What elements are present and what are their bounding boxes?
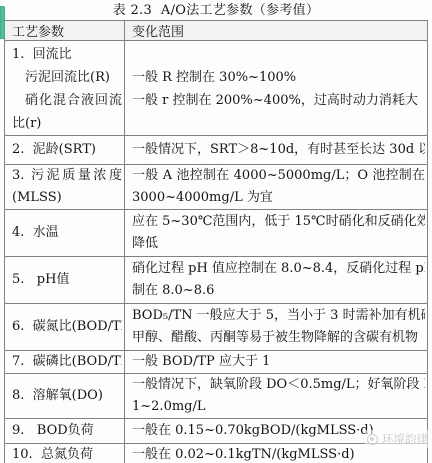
range-cell: 一般 R 控制在 30%~100% 一般 r 控制在 200%~400%，过高时… bbox=[125, 41, 428, 136]
range-line: 硝化过程 pH 值应控制在 8.0~8.4，反硝化过程 pH 值应控 bbox=[132, 258, 425, 280]
param-cell: 3. 污泥质量浓度 (MLSS) bbox=[5, 165, 125, 210]
process-parameters-table: 工艺参数 变化范围 1. 回流比 污泥回流比(R) 硝化混合液回流 比(r) 一… bbox=[4, 20, 428, 463]
watermark: 环境韵律 bbox=[365, 430, 430, 448]
range-line: 一般 A 池控制在 4000~5000mg/L；O 池控制在 bbox=[132, 165, 425, 187]
range-line: 一般情况下，缺氧阶段 DO＜0.5mg/L；好氧阶段 DO＞ bbox=[132, 374, 425, 396]
param-line: 比(r) bbox=[12, 112, 122, 135]
watermark-text: 环境韵律 bbox=[382, 431, 428, 447]
param-line: 8. 溶解氧(DO) bbox=[12, 385, 122, 407]
param-line: 硝化混合液回流 bbox=[25, 89, 122, 112]
param-line: 污泥回流比(R) bbox=[25, 66, 122, 89]
range-cell: 一般 BOD/TP 应大于 1 bbox=[125, 351, 428, 374]
param-line: 5. pH值 bbox=[12, 269, 122, 291]
table-row-water-temp: 4. 水温 应在 5~30℃范围内，低于 15℃时硝化和反硝化效果明显 降低 bbox=[5, 210, 428, 257]
table-row-mlss: 3. 污泥质量浓度 (MLSS) 一般 A 池控制在 4000~5000mg/L… bbox=[5, 165, 428, 210]
range-line: 3000~4000mg/L 为宜 bbox=[132, 187, 425, 209]
param-cell: 6. 碳氮比(BOD/TN) bbox=[5, 304, 125, 351]
table-header-row: 工艺参数 变化范围 bbox=[5, 21, 428, 41]
param-cell: 4. 水温 bbox=[5, 210, 125, 257]
range-line: 甲醇、醋酸、丙酮等易于被生物降解的含碳有机物 bbox=[132, 327, 425, 349]
range-line: 一般情况下，SRT＞8~10d，有时甚至长达 30d 以上 bbox=[132, 139, 425, 161]
param-line: 2. 泥龄(SRT) bbox=[12, 139, 122, 161]
range-cell: 一般情况下，缺氧阶段 DO＜0.5mg/L；好氧阶段 DO＞ 1~2.0mg/L bbox=[125, 374, 428, 419]
param-line: 10. 总氮负荷 bbox=[12, 444, 122, 463]
param-cell: 7. 碳磷比(BOD/TP) bbox=[5, 351, 125, 374]
param-cell: 2. 泥龄(SRT) bbox=[5, 136, 125, 165]
table-row-do: 8. 溶解氧(DO) 一般情况下，缺氧阶段 DO＜0.5mg/L；好氧阶段 DO… bbox=[5, 374, 428, 419]
accent-bar bbox=[0, 6, 5, 39]
param-line: 3. 污泥质量浓度 bbox=[12, 165, 122, 187]
table-row-bod-tn: 6. 碳氮比(BOD/TN) BOD₅/TN 一般应大于 5，当小于 3 时需补… bbox=[5, 304, 428, 351]
param-cell: 1. 回流比 污泥回流比(R) 硝化混合液回流 比(r) bbox=[5, 41, 125, 136]
table-row-reflux-ratio: 1. 回流比 污泥回流比(R) 硝化混合液回流 比(r) 一般 R 控制在 30… bbox=[5, 41, 428, 136]
range-cell: 硝化过程 pH 值应控制在 8.0~8.4，反硝化过程 pH 值应控 制在 8.… bbox=[125, 257, 428, 304]
range-line: 一般 r 控制在 200%~400%，过高时动力消耗大 bbox=[132, 89, 425, 112]
header-range: 变化范围 bbox=[125, 21, 428, 41]
param-line: (MLSS) bbox=[12, 187, 122, 209]
range-line: 1~2.0mg/L bbox=[132, 396, 425, 418]
header-param: 工艺参数 bbox=[5, 21, 125, 41]
watermark-logo-icon bbox=[367, 434, 378, 445]
range-cell: 一般情况下，SRT＞8~10d，有时甚至长达 30d 以上 bbox=[125, 136, 428, 165]
range-line: 一般 R 控制在 30%~100% bbox=[132, 66, 425, 89]
table-row-bod-tp: 7. 碳磷比(BOD/TP) 一般 BOD/TP 应大于 1 bbox=[5, 351, 428, 374]
range-line: 降低 bbox=[132, 233, 425, 255]
range-cell: 应在 5~30℃范围内，低于 15℃时硝化和反硝化效果明显 降低 bbox=[125, 210, 428, 257]
range-line: 制在 8.0~8.6 bbox=[132, 280, 425, 302]
param-line: 1. 回流比 bbox=[12, 43, 122, 66]
range-cell: BOD₅/TN 一般应大于 5，当小于 3 时需补加有机碳源，如 甲醇、醋酸、丙… bbox=[125, 304, 428, 351]
param-line: 6. 碳氮比(BOD/TN) bbox=[12, 316, 122, 338]
param-cell: 5. pH值 bbox=[5, 257, 125, 304]
param-cell: 10. 总氮负荷 bbox=[5, 444, 125, 463]
range-line: 一般 BOD/TP 应大于 1 bbox=[132, 351, 425, 373]
param-line: 7. 碳磷比(BOD/TP) bbox=[12, 351, 122, 373]
table-row-srt: 2. 泥龄(SRT) 一般情况下，SRT＞8~10d，有时甚至长达 30d 以上 bbox=[5, 136, 428, 165]
range-line: BOD₅/TN 一般应大于 5，当小于 3 时需补加有机碳源，如 bbox=[132, 305, 425, 327]
table-row-ph: 5. pH值 硝化过程 pH 值应控制在 8.0~8.4，反硝化过程 pH 值应… bbox=[5, 257, 428, 304]
param-line: 4. 水温 bbox=[12, 222, 122, 244]
param-cell: 9. BOD负荷 bbox=[5, 419, 125, 444]
range-cell: 一般 A 池控制在 4000~5000mg/L；O 池控制在 3000~4000… bbox=[125, 165, 428, 210]
param-cell: 8. 溶解氧(DO) bbox=[5, 374, 125, 419]
page-title: 表 2.3 A/O法工艺参数（参考值） bbox=[0, 3, 432, 18]
range-line: 应在 5~30℃范围内，低于 15℃时硝化和反硝化效果明显 bbox=[132, 211, 425, 233]
param-line: 9. BOD负荷 bbox=[12, 420, 122, 442]
range-line bbox=[132, 43, 425, 66]
